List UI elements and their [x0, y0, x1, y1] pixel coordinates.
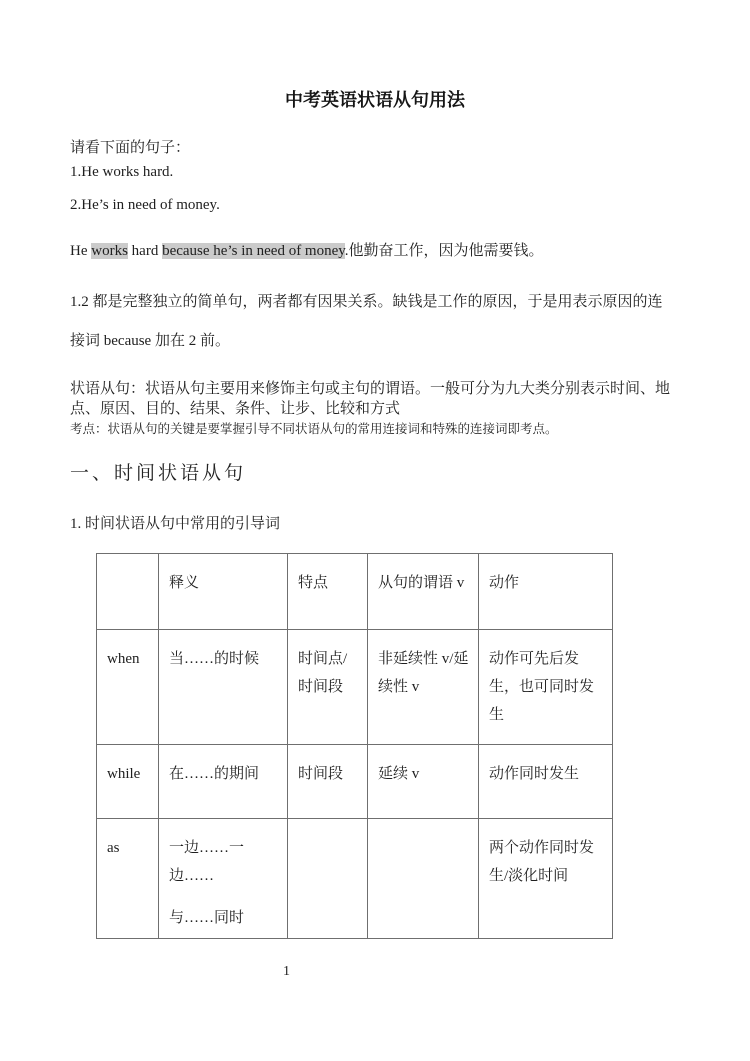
- example-segment-plain: hard: [128, 243, 162, 259]
- page-number: 1: [283, 964, 290, 980]
- intro-prompt: 请看下面的句子：: [70, 136, 190, 157]
- cell-meaning: 在……的期间: [159, 745, 288, 819]
- paragraph-analysis: 1.2 都是完整独立的简单句，两者都有因果关系。缺钱是工作的原因，于是用表示原因…: [70, 283, 674, 361]
- table-row-while: while 在……的期间 时间段 延续 v 动作同时发生: [97, 745, 613, 819]
- example-segment-highlight: works: [91, 243, 128, 259]
- example-segment-highlight: because he’s in need of money: [162, 243, 345, 259]
- combined-example-sentence: He works hard because he’s in need of mo…: [70, 239, 544, 260]
- table-row-as: as 一边……一边…… 与……同时 两个动作同时发生/淡化时间: [97, 819, 613, 939]
- header-meaning: 释义: [159, 554, 288, 630]
- example-segment-plain: .他勤奋工作，因为他需要钱。: [345, 243, 544, 259]
- section-heading: 一、时间状语从句: [70, 458, 246, 485]
- cell-feature: [288, 819, 368, 939]
- cell-action: 动作可先后发生，也可同时发生: [479, 630, 613, 745]
- header-verb: 从句的谓语 v: [368, 554, 479, 630]
- cell-word: when: [97, 630, 159, 745]
- cell-verb: 延续 v: [368, 745, 479, 819]
- meaning-line-1: 一边……一边……: [169, 835, 281, 891]
- cell-feature: 时间点/时间段: [288, 630, 368, 745]
- page-title: 中考英语状语从句用法: [0, 86, 750, 112]
- cell-meaning: 一边……一边…… 与……同时: [159, 819, 288, 939]
- cell-word: as: [97, 819, 159, 939]
- example-segment-plain: He: [70, 243, 91, 259]
- cell-verb: [368, 819, 479, 939]
- example-sentence-2: 2.He’s in need of money.: [70, 197, 220, 214]
- cell-feature: 时间段: [288, 745, 368, 819]
- document-page: 中考英语状语从句用法 请看下面的句子： 1.He works hard. 2.H…: [0, 0, 750, 1061]
- cell-verb: 非延续性 v/延续性 v: [368, 630, 479, 745]
- header-word: [97, 554, 159, 630]
- cell-action: 两个动作同时发生/淡化时间: [479, 819, 613, 939]
- paragraph-definition: 状语从句：状语从句主要用来修饰主句或主句的谓语。一般可分为九大类分别表示时间、地…: [70, 379, 674, 419]
- cell-word: while: [97, 745, 159, 819]
- conjunction-table: 释义 特点 从句的谓语 v 动作 when 当……的时候 时间点/时间段 非延续…: [96, 553, 613, 939]
- table-row-when: when 当……的时候 时间点/时间段 非延续性 v/延续性 v 动作可先后发生…: [97, 630, 613, 745]
- header-action: 动作: [479, 554, 613, 630]
- cell-meaning: 当……的时候: [159, 630, 288, 745]
- example-sentence-1: 1.He works hard.: [70, 164, 173, 181]
- cell-action: 动作同时发生: [479, 745, 613, 819]
- header-feature: 特点: [288, 554, 368, 630]
- section-subheading: 1. 时间状语从句中常用的引导词: [70, 512, 280, 533]
- table-header-row: 释义 特点 从句的谓语 v 动作: [97, 554, 613, 630]
- paragraph-exam-point: 考点：状语从句的关键是要掌握引导不同状语从句的常用连接词和特殊的连接词即考点。: [70, 420, 690, 438]
- meaning-line-2: 与……同时: [169, 905, 281, 933]
